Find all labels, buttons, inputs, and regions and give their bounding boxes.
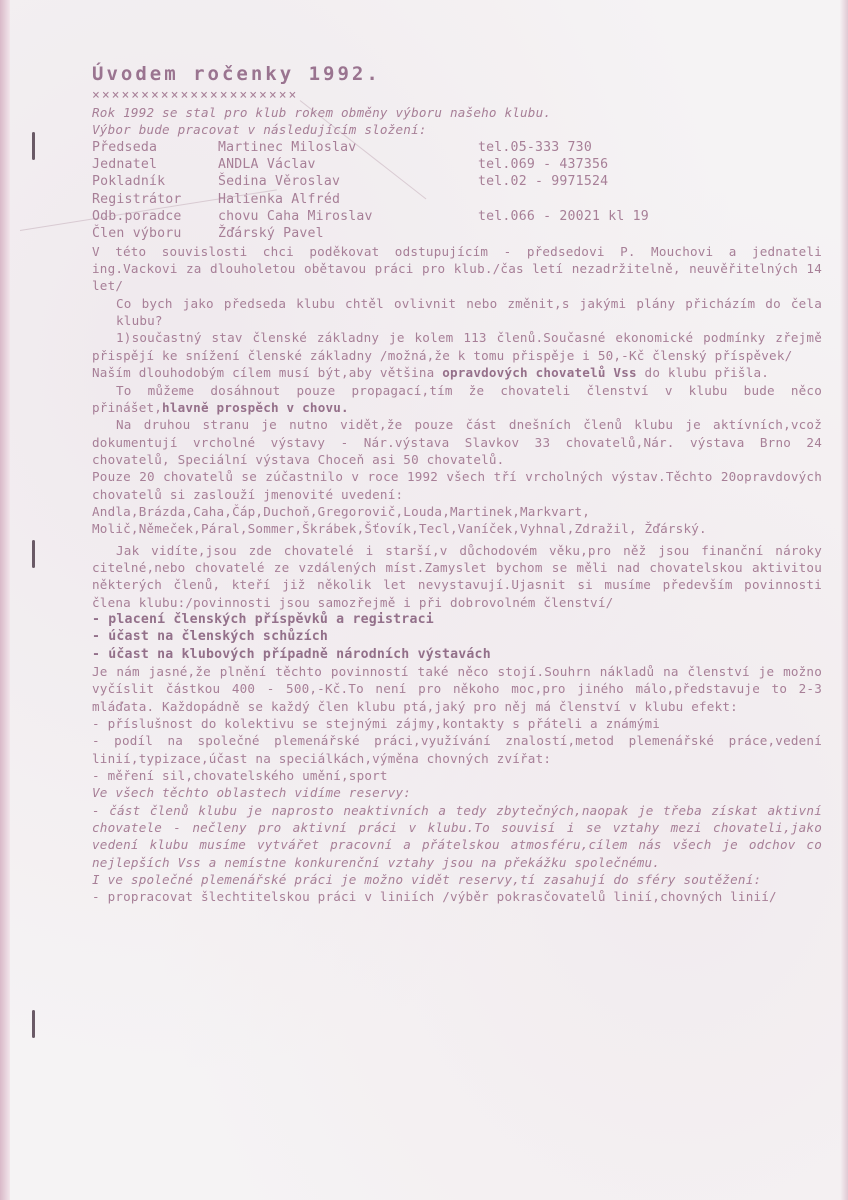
intro-line: Rok 1992 se stal pro klub rokem obměny v…: [92, 104, 822, 121]
committee-name: chovu Caha Miroslav: [218, 208, 478, 225]
committee-role: Jednatel: [92, 156, 218, 173]
breeding-item: - propracovat šlechtitelskou práci v lin…: [92, 888, 822, 905]
paragraph-thanks: V této souvislosti chci poděkovat odstup…: [92, 243, 822, 295]
benefit-item: - podíl na společné plemenářské práci,vy…: [92, 732, 822, 767]
committee-name: Šedina Věroslav: [218, 173, 478, 190]
paragraph-twenty-breeders: Pouze 20 chovatelů se zúčastnilo v roce …: [92, 468, 822, 503]
committee-name: Žďárský Pavel: [218, 225, 478, 242]
committee-phone: [478, 225, 738, 242]
binding-mark: [32, 540, 35, 568]
committee-name: Martinec Miloslav: [218, 139, 478, 156]
scanned-page: Úvodem ročenky 1992. ×××××××××××××××××××…: [0, 0, 848, 1200]
benefit-item: - měření sil,chovatelského umění,sport: [92, 767, 822, 784]
reserves-heading: Ve všech těchto oblastech vidíme reservy…: [92, 784, 822, 801]
paragraph-breeding: I ve společné plemenářské práci je možno…: [92, 871, 822, 888]
committee-phone: tel.05-333 730: [478, 139, 738, 156]
goal-emphasis: opravdových chovatelů Vss: [442, 365, 637, 380]
committee-row: Pokladník Šedina Věroslav tel.02 - 99715…: [92, 173, 822, 190]
breeders-names: Andla,Brázda,Caha,Čáp,Duchoň,Gregorovič,…: [92, 503, 822, 538]
committee-name: Halienka Alfréd: [218, 191, 478, 208]
committee-role: Registrátor: [92, 191, 218, 208]
page-right-edge: [840, 0, 848, 1200]
paragraph-membership-state: 1)součastný stav členské základny je kol…: [92, 329, 822, 364]
committee-phone: tel.02 - 9971524: [478, 173, 738, 190]
committee-row: Předseda Martinec Miloslav tel.05-333 73…: [92, 139, 822, 156]
paragraph-question: Co bych jako předseda klubu chtěl ovlivn…: [92, 295, 822, 330]
paragraph-reserves: - část členů klubu je naprosto neaktivní…: [92, 802, 822, 871]
committee-role: Odb.poradce: [92, 208, 218, 225]
binding-mark: [32, 132, 35, 160]
propagation-emphasis: hlavně prospěch v chovu.: [162, 400, 349, 415]
committee-role: Člen výboru: [92, 225, 218, 242]
paragraph-active-members: Na druhou stranu je nutno vidět,že pouze…: [92, 416, 822, 468]
committee-phone: tel.069 - 437356: [478, 156, 738, 173]
committee-phone: tel.066 - 20021 kl 19: [478, 208, 738, 225]
committee-row: Jednatel ANDLA Václav tel.069 - 437356: [92, 156, 822, 173]
duty-item: - účast na klubových případně národních …: [92, 646, 822, 663]
committee-row: Odb.poradce chovu Caha Miroslav tel.066 …: [92, 208, 822, 225]
paragraph-costs: Je nám jasné,že plnění těchto povinností…: [92, 663, 822, 715]
document-title: Úvodem ročenky 1992.: [92, 62, 822, 86]
committee-row: Registrátor Halienka Alfréd: [92, 191, 822, 208]
committee-role: Pokladník: [92, 173, 218, 190]
intro-line: Výbor bude pracovat v následujícím slože…: [92, 121, 822, 138]
paragraph-older-members: Jak vidíte,jsou zde chovatelé i starší,v…: [92, 542, 822, 611]
goal-text: Naším dlouhodobým cílem musí být,aby vět…: [92, 365, 442, 380]
binding-mark: [32, 1010, 35, 1038]
committee-phone: [478, 191, 738, 208]
benefit-item: - příslušnost do kolektivu se stejnými z…: [92, 715, 822, 732]
title-underline: ×××××××××××××××××××××: [92, 88, 822, 104]
paragraph-propagation: To můžeme dosáhnout pouze propagací,tím …: [92, 382, 822, 417]
paragraph-goal: Naším dlouhodobým cílem musí být,aby vět…: [92, 364, 822, 381]
duty-item: - účast na členských schůzích: [92, 628, 822, 645]
committee-name: ANDLA Václav: [218, 156, 478, 173]
duty-item: - placení členských příspěvků a registra…: [92, 611, 822, 628]
committee-role: Předseda: [92, 139, 218, 156]
page-left-edge: [0, 0, 10, 1200]
document-body: Úvodem ročenky 1992. ×××××××××××××××××××…: [92, 62, 822, 906]
committee-list: Předseda Martinec Miloslav tel.05-333 73…: [92, 139, 822, 243]
committee-row: Člen výboru Žďárský Pavel: [92, 225, 822, 242]
goal-end: do klubu přišla.: [637, 365, 769, 380]
